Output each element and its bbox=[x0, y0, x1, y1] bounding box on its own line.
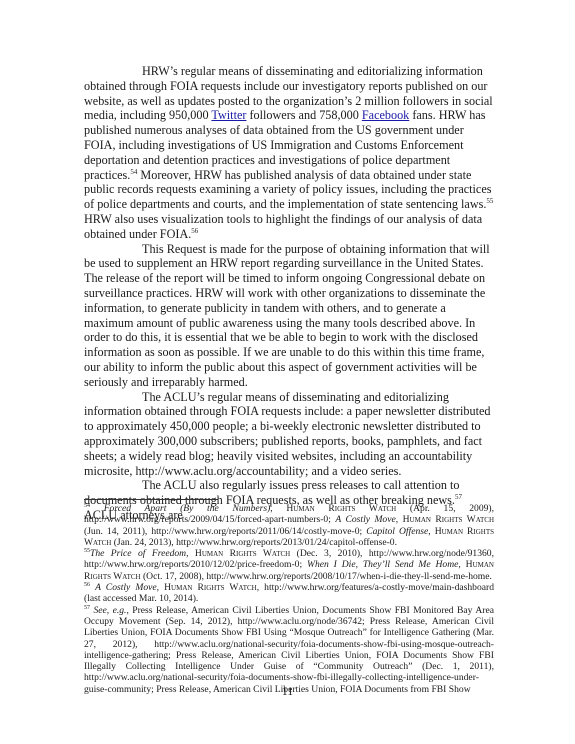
paragraph-aclu-dissemination: The ACLU’s regular means of disseminatin… bbox=[84, 390, 494, 479]
body-text: HRW’s regular means of disseminating and… bbox=[84, 64, 494, 523]
footnote-ref-57: 57 bbox=[455, 493, 462, 501]
footnote-55: 55The Price of Freedom, Human Rights Wat… bbox=[84, 548, 494, 582]
twitter-link[interactable]: Twitter bbox=[211, 108, 246, 122]
footnotes: 54 Forced Apart (By the Numbers), Human … bbox=[84, 503, 494, 695]
page-number: 11 bbox=[0, 684, 575, 699]
footnote-54: 54 Forced Apart (By the Numbers), Human … bbox=[84, 503, 494, 548]
paragraph-hrw-dissemination: HRW’s regular means of disseminating and… bbox=[84, 64, 494, 242]
footnote-separator bbox=[84, 499, 218, 500]
footnote-ref-56: 56 bbox=[191, 227, 198, 235]
footnote-56: 56 A Costly Move, Human Rights Watch, ht… bbox=[84, 582, 494, 605]
footnote-57: 57 See, e.g., Press Release, American Ci… bbox=[84, 605, 494, 695]
paragraph-request-purpose: This Request is made for the purpose of … bbox=[84, 242, 494, 390]
document-page: HRW’s regular means of disseminating and… bbox=[0, 0, 575, 744]
facebook-link[interactable]: Facebook bbox=[362, 108, 409, 122]
footnote-ref-55: 55 bbox=[486, 197, 493, 205]
